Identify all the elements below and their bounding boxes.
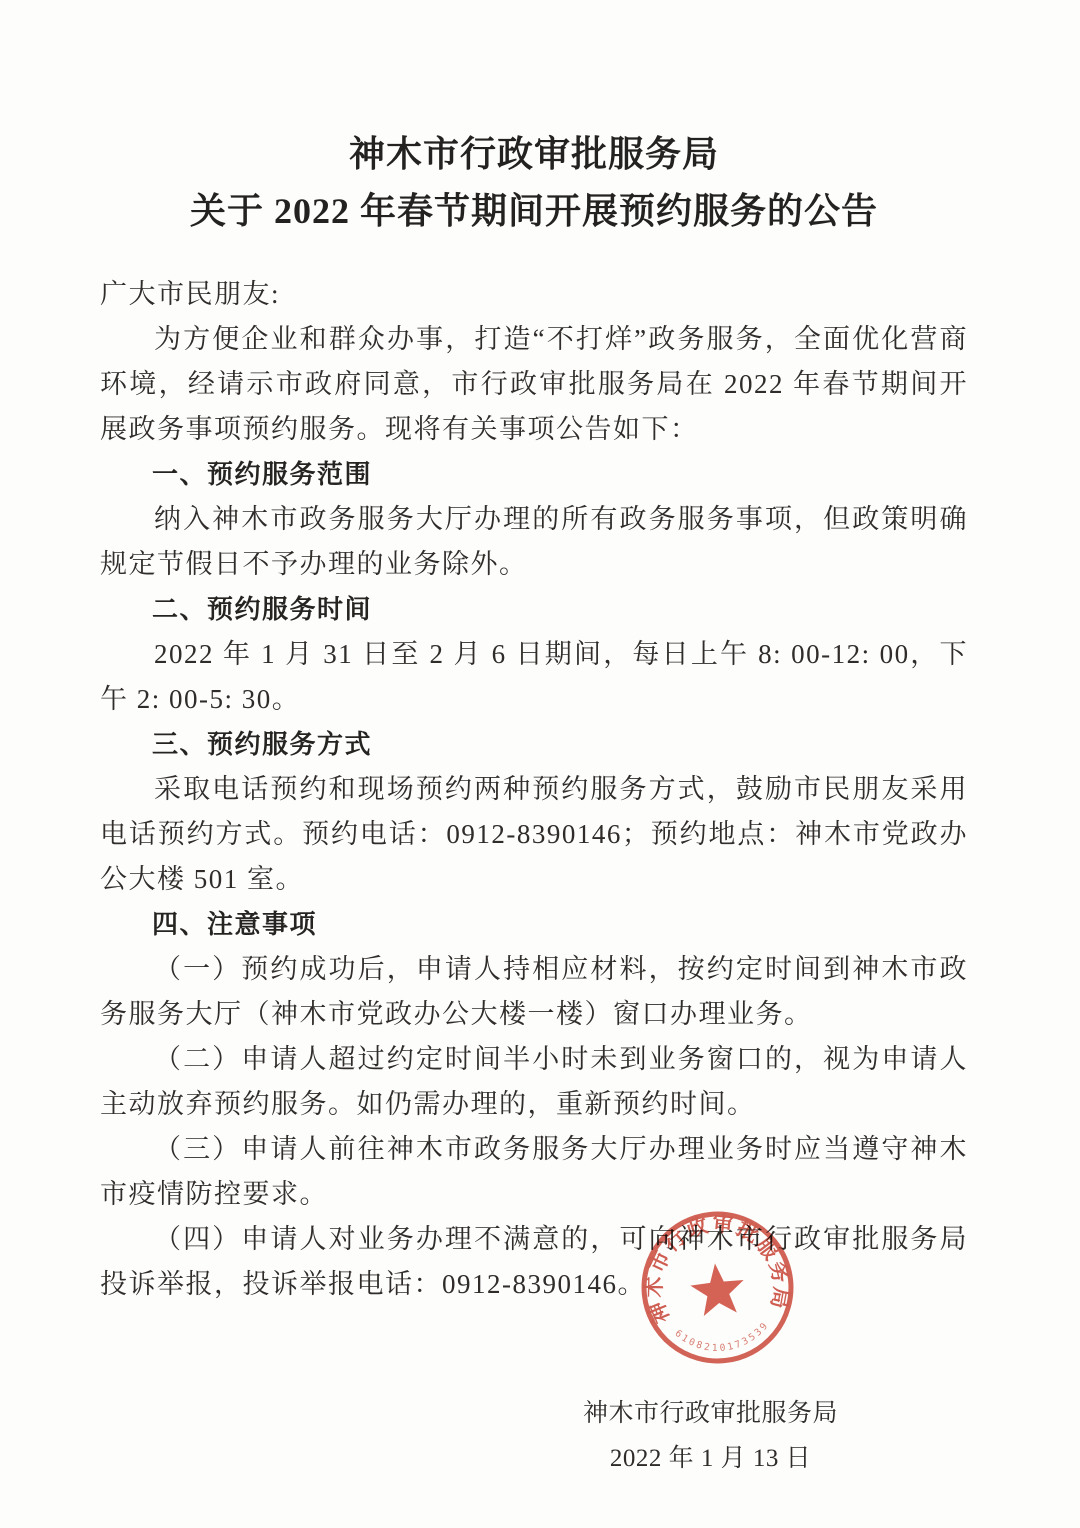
note-item-3: （三）申请人前往神木市政务服务大厅办理业务时应当遵守神木市疫情防控要求。: [100, 1127, 968, 1217]
salutation: 广大市民朋友:: [100, 272, 968, 317]
title-line-2: 关于 2022 年春节期间开展预约服务的公告: [100, 183, 968, 240]
intro-paragraph: 为方便企业和群众办事，打造“不打烊”政务服务，全面优化营商环境，经请示市政府同意…: [100, 317, 968, 452]
notice-document-page: 神木市行政审批服务局 关于 2022 年春节期间开展预约服务的公告 广大市民朋友…: [0, 0, 1080, 1528]
document-title: 神木市行政审批服务局 关于 2022 年春节期间开展预约服务的公告: [100, 126, 968, 240]
note-item-1: （一）预约成功后，申请人持相应材料，按约定时间到神木市政务服务大厅（神木市党政办…: [100, 947, 968, 1037]
document-content: 神木市行政审批服务局 关于 2022 年春节期间开展预约服务的公告 广大市民朋友…: [0, 126, 1080, 1481]
signature-date: 2022 年 1 月 13 日: [583, 1436, 838, 1481]
section-3-heading: 三、预约服务方式: [100, 722, 968, 767]
section-2-body: 2022 年 1 月 31 日至 2 月 6 日期间，每日上午 8: 00-12…: [100, 632, 968, 722]
section-3-body: 采取电话预约和现场预约两种预约服务方式，鼓励市民朋友采用电话预约方式。预约电话：…: [100, 767, 968, 902]
note-item-2: （二）申请人超过约定时间半小时未到业务窗口的，视为申请人主动放弃预约服务。如仍需…: [100, 1037, 968, 1127]
section-1-heading: 一、预约服务范围: [100, 452, 968, 497]
note-item-4: （四）申请人对业务办理不满意的，可向神木市行政审批服务局投诉举报，投诉举报电话：…: [100, 1217, 968, 1307]
signature-org: 神木市行政审批服务局: [583, 1391, 838, 1436]
document-body: 广大市民朋友: 为方便企业和群众办事，打造“不打烊”政务服务，全面优化营商环境，…: [100, 272, 968, 1307]
title-line-1: 神木市行政审批服务局: [100, 126, 968, 183]
section-4-heading: 四、注意事项: [100, 902, 968, 947]
signature-block: 神木市行政审批服务局 2022 年 1 月 13 日: [583, 1391, 838, 1481]
section-2-heading: 二、预约服务时间: [100, 587, 968, 632]
section-1-body: 纳入神木市政务服务大厅办理的所有政务服务事项，但政策明确规定节假日不予办理的业务…: [100, 497, 968, 587]
